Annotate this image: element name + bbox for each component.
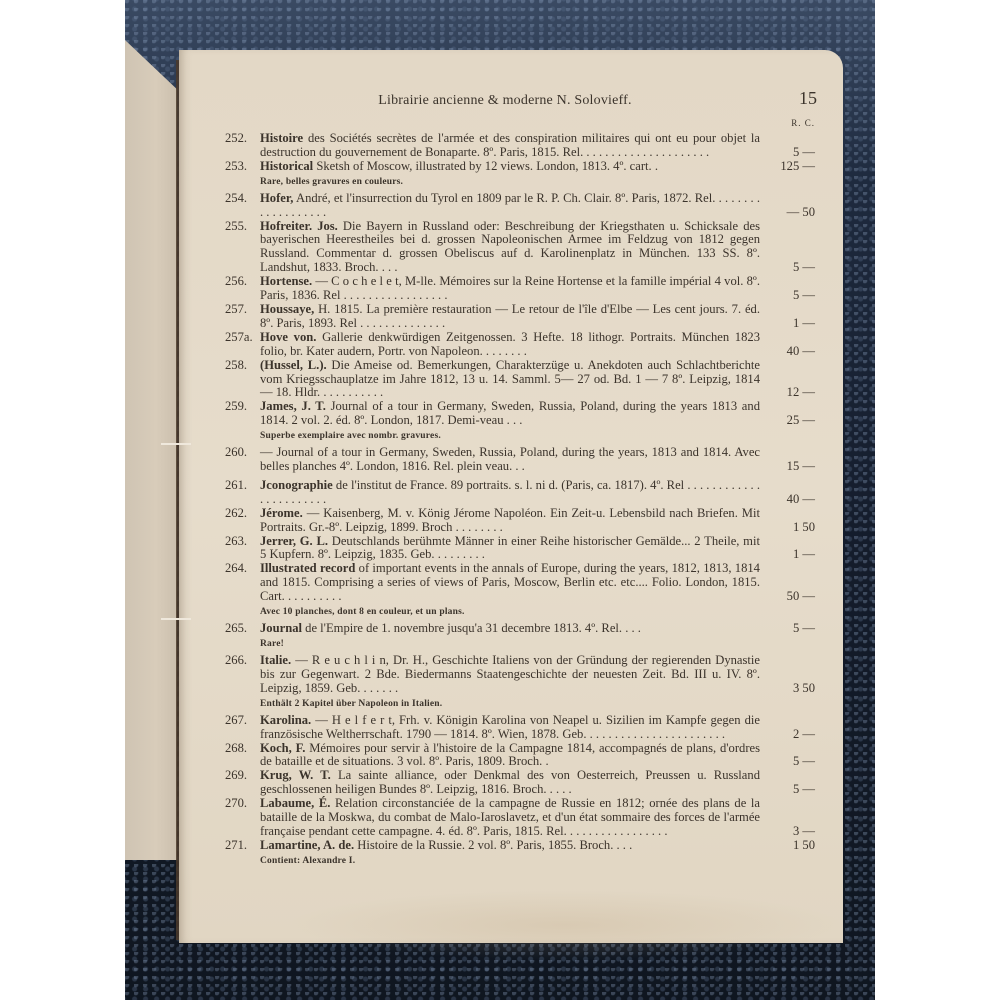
entry-text: Die Ameise od. Bemerkungen, Charakterzüg… xyxy=(260,358,760,400)
entry-number: 255. xyxy=(225,220,260,234)
entry-number: 260. xyxy=(225,446,260,460)
entry-text: Sketsh of Moscow, illustrated by 12 view… xyxy=(313,159,658,173)
entry-price: 1 — xyxy=(763,317,815,331)
entry-text: Journal of a tour in Germany, Sweden, Ru… xyxy=(260,399,760,427)
entry-price: 1 — xyxy=(763,548,815,562)
entry-text: — H e l f e r t, Frh. v. Königin Karolin… xyxy=(260,713,760,741)
catalogue-entry: 271.Lamartine, A. de. Histoire de la Rus… xyxy=(225,839,815,853)
entry-body: 257.Houssaye, H. 1815. La première resta… xyxy=(225,303,760,331)
page-stain xyxy=(285,890,845,960)
entry-body: 265.Journal de l'Empire de 1. novembre j… xyxy=(225,622,760,636)
entry-number: 257a. xyxy=(225,331,260,345)
entry-price: 50 — xyxy=(763,590,815,604)
entry-price: 5 — xyxy=(763,146,815,160)
entry-text: Deutschlands berühmte Männer in einer Re… xyxy=(260,534,760,562)
page-content: Librairie ancienne & moderne N. Solovief… xyxy=(225,88,815,871)
entry-text: de l'institut de France. 89 portraits. s… xyxy=(260,478,760,506)
entry-price: 1 50 xyxy=(763,521,815,535)
entry-title: Lamartine, A. de. xyxy=(260,838,354,852)
entry-number: 267. xyxy=(225,714,260,728)
entry-number: 257. xyxy=(225,303,260,317)
entry-number: 266. xyxy=(225,654,260,668)
entry-price: 125 — xyxy=(763,160,815,174)
entry-text: Relation circonstanciée de la campagne d… xyxy=(260,796,760,838)
entry-price: 3 50 xyxy=(763,682,815,696)
binding-stitch xyxy=(161,618,191,620)
entry-note: Contient: Alexandre I. xyxy=(225,856,815,866)
entry-body: 252.Histoire des Sociétés secrètes de l'… xyxy=(225,132,760,160)
catalogue-entry: 257a.Hove von. Gallerie denkwürdigen Zei… xyxy=(225,331,815,359)
entry-title: (Hussel, L.). xyxy=(260,358,327,372)
entry-price: 25 — xyxy=(763,414,815,428)
entry-text: Mémoires pour servir à l'histoire de la … xyxy=(260,741,760,769)
photograph: Librairie ancienne & moderne N. Solovief… xyxy=(125,0,875,1000)
entry-number: 256. xyxy=(225,275,260,289)
entry-number: 270. xyxy=(225,797,260,811)
entry-text: — R e u c h l i n, Dr. H., Geschichte It… xyxy=(260,653,760,695)
entry-text: — Kaisenberg, M. v. König Jérome Napoléo… xyxy=(260,506,760,534)
catalogue-entry: 263.Jerrer, G. L. Deutschlands berühmte … xyxy=(225,535,815,563)
entry-price: 3 — xyxy=(763,825,815,839)
catalogue-entry: 258.(Hussel, L.). Die Ameise od. Bemerku… xyxy=(225,359,815,401)
catalogue-entry: 261.Jconographie de l'institut de France… xyxy=(225,479,815,507)
catalogue-entry: 257.Houssaye, H. 1815. La première resta… xyxy=(225,303,815,331)
entry-number: 258. xyxy=(225,359,260,373)
entry-number: 265. xyxy=(225,622,260,636)
entry-number: 262. xyxy=(225,507,260,521)
entry-price: 40 — xyxy=(763,345,815,359)
entry-text: Gallerie denkwürdigen Zeitgenossen. 3 He… xyxy=(260,330,760,358)
book-spine xyxy=(176,60,179,940)
entry-note: Rare! xyxy=(225,639,815,649)
entry-body: 258.(Hussel, L.). Die Ameise od. Bemerku… xyxy=(225,359,760,401)
entry-title: Histoire xyxy=(260,131,303,145)
entry-text: André, et l'insurrection du Tyrol en 180… xyxy=(260,191,760,219)
entry-number: 268. xyxy=(225,742,260,756)
catalogue-entry: 256.Hortense. — C o c h e l e t, M-lle. … xyxy=(225,275,815,303)
catalogue-entry: 253.Historical Sketsh of Moscow, illustr… xyxy=(225,160,815,174)
entry-body: 267.Karolina. — H e l f e r t, Frh. v. K… xyxy=(225,714,760,742)
entry-title: Hofreiter. Jos. xyxy=(260,219,338,233)
entry-body: 256.Hortense. — C o c h e l e t, M-lle. … xyxy=(225,275,760,303)
entry-price: 5 — xyxy=(763,289,815,303)
entry-number: 269. xyxy=(225,769,260,783)
catalogue-entry: 268.Koch, F. Mémoires pour servir à l'hi… xyxy=(225,742,815,770)
catalogue-entry: 270.Labaume, É. Relation circonstanciée … xyxy=(225,797,815,839)
entry-text: de l'Empire de 1. novembre jusqu'a 31 de… xyxy=(302,621,641,635)
entry-title: Hortense. xyxy=(260,274,312,288)
entry-note: Enthält 2 Kapitel über Napoleon in Itali… xyxy=(225,699,815,709)
entry-price: 40 — xyxy=(763,493,815,507)
catalogue-entry: 252.Histoire des Sociétés secrètes de l'… xyxy=(225,132,815,160)
entry-number: 254. xyxy=(225,192,260,206)
catalogue-entry: 255.Hofreiter. Jos. Die Bayern in Russla… xyxy=(225,220,815,276)
catalogue-entry: 259.James, J. T. Journal of a tour in Ge… xyxy=(225,400,815,428)
catalogue-entry: 266.Italie. — R e u c h l i n, Dr. H., G… xyxy=(225,654,815,696)
entry-text: des Sociétés secrètes de l'armée et des … xyxy=(260,131,760,159)
entry-number: 252. xyxy=(225,132,260,146)
entry-body: 254.Hofer, André, et l'insurrection du T… xyxy=(225,192,760,220)
entry-number: 263. xyxy=(225,535,260,549)
entry-body: 259.James, J. T. Journal of a tour in Ge… xyxy=(225,400,760,428)
entry-title: Jerrer, G. L. xyxy=(260,534,328,548)
entry-title: Hove von. xyxy=(260,330,316,344)
entry-note: Rare, belles gravures en couleurs. xyxy=(225,177,815,187)
entry-body: 266.Italie. — R e u c h l i n, Dr. H., G… xyxy=(225,654,760,696)
entry-body: 264.Illustrated record of important even… xyxy=(225,562,760,604)
catalogue-entry: 262.Jérome. — Kaisenberg, M. v. König Jé… xyxy=(225,507,815,535)
entry-title: Houssaye, xyxy=(260,302,314,316)
page-number: 15 xyxy=(799,88,817,109)
entry-price: 2 — xyxy=(763,728,815,742)
entry-price: 5 — xyxy=(763,783,815,797)
entry-note: Avec 10 planches, dont 8 en couleur, et … xyxy=(225,607,815,617)
entry-title: Hofer, xyxy=(260,191,293,205)
catalogue-entries: 252.Histoire des Sociétés secrètes de l'… xyxy=(225,132,815,866)
entry-title: Illustrated record xyxy=(260,561,355,575)
catalogue-entry: 267.Karolina. — H e l f e r t, Frh. v. K… xyxy=(225,714,815,742)
entry-text: — Journal of a tour in Germany, Sweden, … xyxy=(260,445,760,473)
entry-price: 15 — xyxy=(763,460,815,474)
entry-title: Jérome. xyxy=(260,506,303,520)
entry-number: 264. xyxy=(225,562,260,576)
entry-body: 270.Labaume, É. Relation circonstanciée … xyxy=(225,797,760,839)
entry-title: Italie. xyxy=(260,653,291,667)
entry-title: James, J. T. xyxy=(260,399,326,413)
entry-text: — C o c h e l e t, M-lle. Mémoires sur l… xyxy=(260,274,760,302)
entry-body: 263.Jerrer, G. L. Deutschlands berühmte … xyxy=(225,535,760,563)
entry-title: Karolina. xyxy=(260,713,311,727)
entry-number: 271. xyxy=(225,839,260,853)
catalogue-entry: 260.— Journal of a tour in Germany, Swed… xyxy=(225,446,815,474)
entry-body: 260.— Journal of a tour in Germany, Swed… xyxy=(225,446,760,474)
entry-text: H. 1815. La première restauration — Le r… xyxy=(260,302,760,330)
entry-body: 255.Hofreiter. Jos. Die Bayern in Russla… xyxy=(225,220,760,276)
catalogue-entry: 269.Krug, W. T. La sainte alliance, oder… xyxy=(225,769,815,797)
entry-body: 253.Historical Sketsh of Moscow, illustr… xyxy=(225,160,760,174)
entry-body: 262.Jérome. — Kaisenberg, M. v. König Jé… xyxy=(225,507,760,535)
entry-title: Historical xyxy=(260,159,313,173)
entry-price: 5 — xyxy=(763,755,815,769)
entry-number: 253. xyxy=(225,160,260,174)
entry-text: Histoire de la Russie. 2 vol. 8º. Paris,… xyxy=(354,838,632,852)
entry-number: 261. xyxy=(225,479,260,493)
entry-price: 12 — xyxy=(763,386,815,400)
catalogue-entry: 265.Journal de l'Empire de 1. novembre j… xyxy=(225,622,815,636)
entry-title: Koch, F. xyxy=(260,741,305,755)
entry-price: 5 — xyxy=(763,622,815,636)
entry-number: 259. xyxy=(225,400,260,414)
entry-note: Superbe exemplaire avec nombr. gravures. xyxy=(225,431,815,441)
entry-body: 271.Lamartine, A. de. Histoire de la Rus… xyxy=(225,839,760,853)
binding-stitch xyxy=(161,443,191,445)
running-title: Librairie ancienne & moderne N. Solovief… xyxy=(225,93,785,109)
page-header: Librairie ancienne & moderne N. Solovief… xyxy=(225,88,815,112)
entry-title: Labaume, É. xyxy=(260,796,330,810)
entry-body: 269.Krug, W. T. La sainte alliance, oder… xyxy=(225,769,760,797)
entry-price: 1 50 xyxy=(763,839,815,853)
entry-title: Krug, W. T. xyxy=(260,768,331,782)
entry-text: La sainte alliance, oder Denkmal des von… xyxy=(260,768,760,796)
entry-title: Jconographie xyxy=(260,478,333,492)
entry-body: 268.Koch, F. Mémoires pour servir à l'hi… xyxy=(225,742,760,770)
catalogue-entry: 264.Illustrated record of important even… xyxy=(225,562,815,604)
entry-title: Journal xyxy=(260,621,302,635)
left-page-edge xyxy=(125,40,177,860)
entry-body: 257a.Hove von. Gallerie denkwürdigen Zei… xyxy=(225,331,760,359)
currency-columns-label: R. C. xyxy=(791,118,815,128)
entry-body: 261.Jconographie de l'institut de France… xyxy=(225,479,760,507)
catalogue-entry: 254.Hofer, André, et l'insurrection du T… xyxy=(225,192,815,220)
entry-price: — 50 xyxy=(763,206,815,220)
entry-price: 5 — xyxy=(763,261,815,275)
